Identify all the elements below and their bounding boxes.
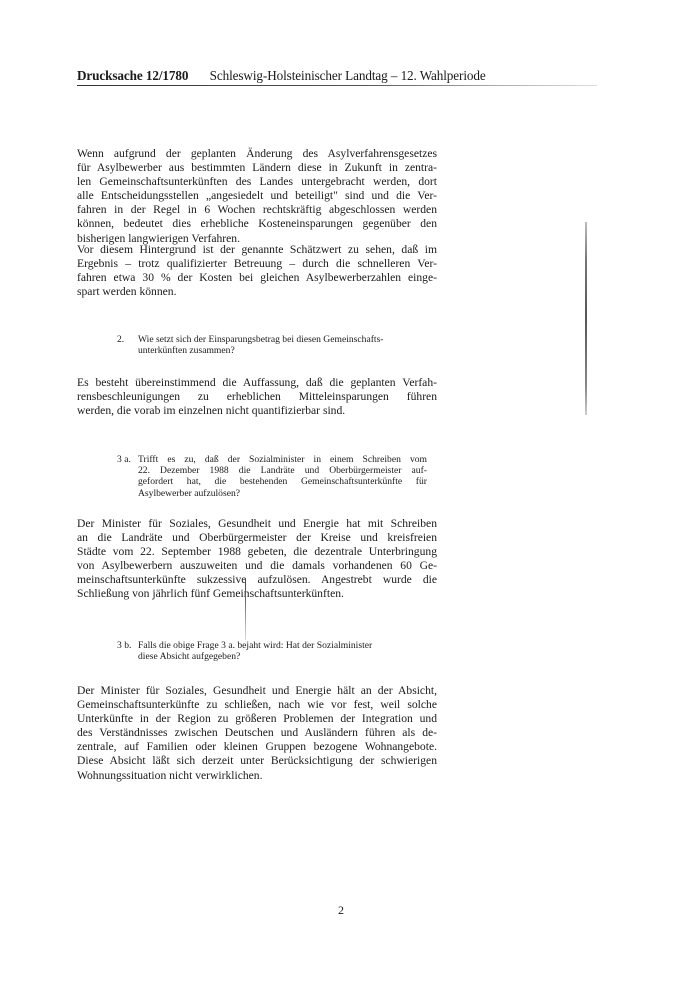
text-line: len Gemeinschaftsunterkünften des Landes… xyxy=(77,175,437,189)
text-line: Gemeinschaftsunterkünfte zu schließen, n… xyxy=(77,698,437,712)
text-line: Wie setzt sich der Einsparungsbetrag bei… xyxy=(138,334,427,345)
text-line: alle Entscheidungsstellen „angesiedelt u… xyxy=(77,189,437,203)
document-number: Drucksache 12/1780 xyxy=(77,68,188,83)
answer-paragraph-5: Der Minister für Soziales, Gesundheit un… xyxy=(77,684,437,783)
text-line: spart werden können. xyxy=(77,285,437,299)
text-line: Trifft es zu, daß der Sozialminister in … xyxy=(138,454,427,465)
text-line: von Asylbewerbern auszuweiten und die da… xyxy=(77,559,437,573)
scan-artifact-line xyxy=(245,578,246,640)
question-number: 2. xyxy=(117,334,124,345)
question-3a: 3 a. Trifft es zu, daß der Sozialministe… xyxy=(117,454,427,499)
text-line: an die Landräte und Oberbürgermeister de… xyxy=(77,531,437,545)
text-line: Asylbewerber aufzulösen? xyxy=(138,488,427,499)
header-rule xyxy=(77,85,597,86)
text-line: fahren in der Regel in 6 Wochen rechtskr… xyxy=(77,203,437,217)
text-line: diese Absicht aufgegeben? xyxy=(138,651,427,662)
text-line: Falls die obige Frage 3 a. bejaht wird: … xyxy=(138,640,427,651)
text-line: für Asylbewerber aus bestimmten Ländern … xyxy=(77,161,437,175)
text-line: 22. Dezember 1988 die Landräte und Oberb… xyxy=(138,465,427,476)
question-text: Trifft es zu, daß der Sozialminister in … xyxy=(138,454,427,499)
text-line: Wenn aufgrund der geplanten Änderung des… xyxy=(77,147,437,161)
text-line: des Verständnisses zwischen Deutschen un… xyxy=(77,726,437,740)
text-line: Der Minister für Soziales, Gesundheit un… xyxy=(77,517,437,531)
text-line: werden, die vorab im einzelnen nicht qua… xyxy=(77,404,437,418)
question-number: 3 b. xyxy=(117,640,131,651)
text-line: Der Minister für Soziales, Gesundheit un… xyxy=(77,684,437,698)
text-line: Unterkünfte in der Region zu größeren Pr… xyxy=(77,712,437,726)
answer-paragraph-1: Wenn aufgrund der geplanten Änderung des… xyxy=(77,147,437,246)
text-line: gefordert hat, die bestehenden Gemeinsch… xyxy=(138,476,427,487)
question-text: Falls die obige Frage 3 a. bejaht wird: … xyxy=(138,640,427,662)
text-line: unterkünften zusammen? xyxy=(138,345,427,356)
question-2: 2. Wie setzt sich der Einsparungsbetrag … xyxy=(117,334,427,356)
text-line: rensbeschleunigungen zu erheblichen Mitt… xyxy=(77,390,437,404)
scan-artifact-line xyxy=(585,222,587,415)
document-page: Drucksache 12/1780 Schleswig-Holsteinisc… xyxy=(0,0,700,990)
parliament-title: Schleswig-Holsteinischer Landtag – 12. W… xyxy=(210,68,486,83)
answer-paragraph-3: Es besteht übereinstimmend die Auffassun… xyxy=(77,376,437,418)
text-line: Ergebnis – trotz qualifizierter Betreuun… xyxy=(77,257,437,271)
text-line: fahren etwa 30 % der Kosten bei gleichen… xyxy=(77,271,437,285)
text-line: Diese Absicht läßt sich derzeit unter Be… xyxy=(77,754,437,768)
page-number: 2 xyxy=(338,903,344,918)
question-text: Wie setzt sich der Einsparungsbetrag bei… xyxy=(138,334,427,356)
text-line: Vor diesem Hintergrund ist der genannte … xyxy=(77,243,437,257)
answer-paragraph-4: Der Minister für Soziales, Gesundheit un… xyxy=(77,517,437,602)
question-3b: 3 b. Falls die obige Frage 3 a. bejaht w… xyxy=(117,640,427,662)
text-line: Wohnungssituation nicht verwirklichen. xyxy=(77,769,437,783)
page-header: Drucksache 12/1780 Schleswig-Holsteinisc… xyxy=(77,68,486,84)
text-line: meinschaftsunterkünfte sukzessive aufzul… xyxy=(77,573,437,587)
text-line: können, bedeutet dies erhebliche Kostene… xyxy=(77,217,437,231)
text-line: Städte vom 22. September 1988 gebeten, d… xyxy=(77,545,437,559)
text-line: Schließung von jährlich fünf Gemeinschaf… xyxy=(77,587,437,601)
text-line: zentrale, auf Familien oder kleinen Grup… xyxy=(77,740,437,754)
text-line: Es besteht übereinstimmend die Auffassun… xyxy=(77,376,437,390)
answer-paragraph-2: Vor diesem Hintergrund ist der genannte … xyxy=(77,243,437,299)
question-number: 3 a. xyxy=(117,454,131,465)
